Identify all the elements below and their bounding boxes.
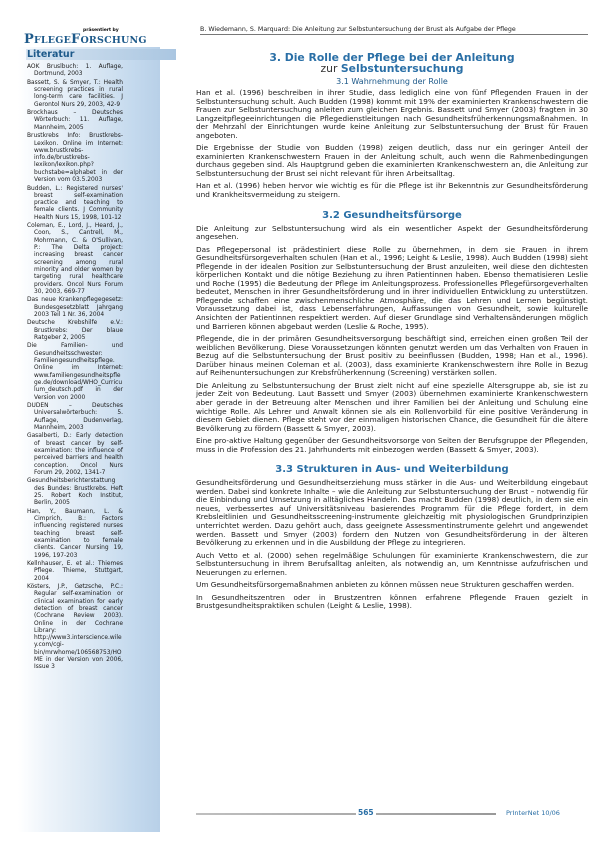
- paragraph: Pflegende, die in der primären Gesundhei…: [196, 335, 588, 378]
- reference-item: Budden, L.: Registered nurses' breast se…: [27, 186, 123, 222]
- reference-item: Brockhaus – Deutsches Wörterbuch: 11. Au…: [27, 110, 123, 132]
- references-sidebar: Literatur AOK Bruslbuch: 1. Auflage, Dor…: [18, 47, 160, 832]
- paragraph: Eine pro-aktive Haltung gegenüber der Ge…: [196, 437, 588, 454]
- journal-logo: präsentiert by PFLEGEFORSCHUNG: [24, 28, 164, 48]
- logo-brand: PFLEGEFORSCHUNG: [24, 32, 147, 47]
- paragraph: Han et al. (1996) beschreiben in ihrer S…: [196, 89, 588, 140]
- reference-item: Deutsche Krebshilfe e.V.: Brustkrebs: De…: [27, 320, 123, 342]
- section-3-3-title: 3.3 Strukturen in Aus- und Weiterbildung: [196, 464, 588, 475]
- chapter-subtitle-main: Selbstuntersuchung: [341, 62, 464, 75]
- paragraph: Die Anleitung zur Selbstuntersuchung wir…: [196, 225, 588, 242]
- paragraph: Die Anleitung zu Selbstuntersuchung der …: [196, 382, 588, 433]
- reference-item: Kellnhauser, E. et al.: Thiemes Pflege. …: [27, 561, 123, 583]
- reference-item: Die Familien- und Gesundheitsschwester: …: [27, 343, 123, 401]
- running-head: B. Wiedemann, S. Marquard: Die Anleitung…: [200, 26, 588, 35]
- paragraph: Das Pflegepersonal ist prädestiniert die…: [196, 246, 588, 331]
- reference-item: Das neue Krankenpflegegesetz: Bundesgese…: [27, 297, 123, 319]
- page-number: 565: [356, 808, 376, 817]
- reference-item: Gesundheitsberichterstattung des Bundes:…: [27, 478, 123, 507]
- paragraph: Die Ergebnisse der Studie von Budden (19…: [196, 144, 588, 178]
- reference-list: AOK Bruslbuch: 1. Auflage, Dortmund, 200…: [27, 64, 123, 673]
- chapter-subtitle: zur Selbstuntersuchung: [196, 63, 588, 75]
- logo-letter-p: P: [24, 32, 34, 47]
- chapter-subtitle-zur: zur: [321, 62, 338, 75]
- logo-word-flege: FLEGE: [34, 35, 71, 46]
- reference-item: AOK Bruslbuch: 1. Auflage, Dortmund, 200…: [27, 64, 123, 79]
- section-3-1-title: 3.1 Wahrnehmung der Rolle: [196, 77, 588, 86]
- footer-rule: [196, 813, 496, 815]
- paragraph: Han et al. (1996) heben hervor wie wicht…: [196, 182, 588, 199]
- paragraph: Gesundheitsförderung und Gesundheitserzi…: [196, 479, 588, 547]
- section-3-2-title: 3.2 Gesundheitsfürsorge: [196, 210, 588, 221]
- reference-item: DUDEN – Deutsches Universalwörterbuch: 5…: [27, 403, 123, 432]
- paragraph: In Gesundheitszentren oder in Brustzentr…: [196, 594, 588, 611]
- paragraph: Um Gesundheitsfürsorgemaßnahmen anbieten…: [196, 581, 588, 590]
- paragraph: Auch Vetto et al. (2000) sehen regelmäßi…: [196, 552, 588, 578]
- reference-item: Kösters, J.P., Gøtzsche, P.C.: Regular s…: [27, 584, 123, 672]
- reference-item: Coleman, E., Lord, J., Heard, J., Coon, …: [27, 223, 123, 296]
- logo-word-orschung: ORSCHUNG: [80, 35, 146, 46]
- reference-item: Gasalberti, D.: Early detection of breas…: [27, 433, 123, 477]
- references-title: Literatur: [26, 49, 176, 60]
- journal-issue: PrInterNet 10/06: [506, 809, 560, 817]
- reference-item: Bassett, S. & Smyer, T.: Health screenin…: [27, 80, 123, 109]
- article-body: 3. Die Rolle der Pflege bei der Anleitun…: [196, 52, 588, 615]
- reference-item: Han, Y., Baumann, L. & Cimprich, B.: Fac…: [27, 509, 123, 560]
- reference-item: Brustkrebs Info: Brustkrebs-Lexikon. Onl…: [27, 133, 123, 184]
- page-footer: 565 PrInterNet 10/06: [196, 808, 588, 818]
